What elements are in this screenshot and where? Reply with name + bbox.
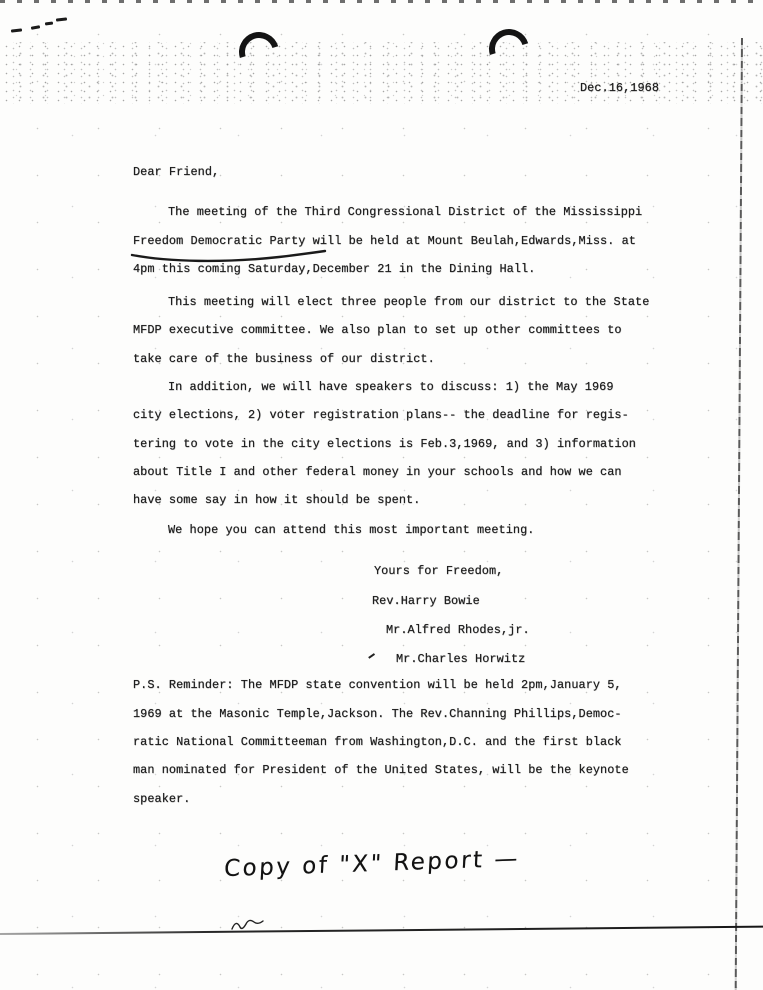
hand-underline [129,248,329,264]
postscript-line: 1969 at the Masonic Temple,Jackson. The … [133,707,622,721]
letter-line: have some say in how it should be spent. [133,493,420,507]
letter-line: 4pm this coming Saturday,December 21 in … [133,262,535,276]
letter-salutation: Dear Friend, [133,165,219,179]
postscript-line: speaker. [133,792,190,806]
pen-dash-mark [11,28,22,32]
postscript-line: man nominated for President of the Unite… [133,763,629,777]
scan-right-edge-line [735,38,743,990]
postscript-line: P.S. Reminder: The MFDP state convention… [133,678,622,692]
letter-line: take care of the business of our distric… [133,352,435,366]
pen-dash-mark [45,21,53,25]
letter-line: about Title I and other federal money in… [133,465,622,479]
letter-date: Dec.16,1968 [580,81,659,95]
scanned-letter-page: Dec.16,1968 Dear Friend, The meeting of … [0,0,763,990]
letter-line: Freedom Democratic Party will be held at… [133,234,636,248]
pen-tick-mark [368,653,375,658]
signature-name: Rev.Harry Bowie [372,594,480,608]
letter-line: This meeting will elect three people fro… [133,295,649,309]
letter-line: We hope you can attend this most importa… [133,523,534,537]
letter-line: In addition, we will have speakers to di… [133,380,614,394]
letter-line: tering to vote in the city elections is … [133,437,636,451]
scan-top-edge-dots [0,0,763,3]
pen-dash-mark [56,17,67,21]
signature-name: Mr.Alfred Rhodes,jr. [386,623,530,637]
signature-name: Mr.Charles Horwitz [396,652,525,666]
letter-line: MFDP executive committee. We also plan t… [133,323,622,337]
postscript-line: ratic National Committeeman from Washing… [133,735,622,749]
scan-bottom-edge-line [0,926,763,936]
signature-closing: Yours for Freedom, [374,564,503,578]
letter-line: city elections, 2) voter registration pl… [133,408,629,422]
pen-dash-mark [31,25,40,30]
letter-line: The meeting of the Third Congressional D… [133,205,642,219]
handwritten-note: Copy of "X" Report — [223,846,520,882]
